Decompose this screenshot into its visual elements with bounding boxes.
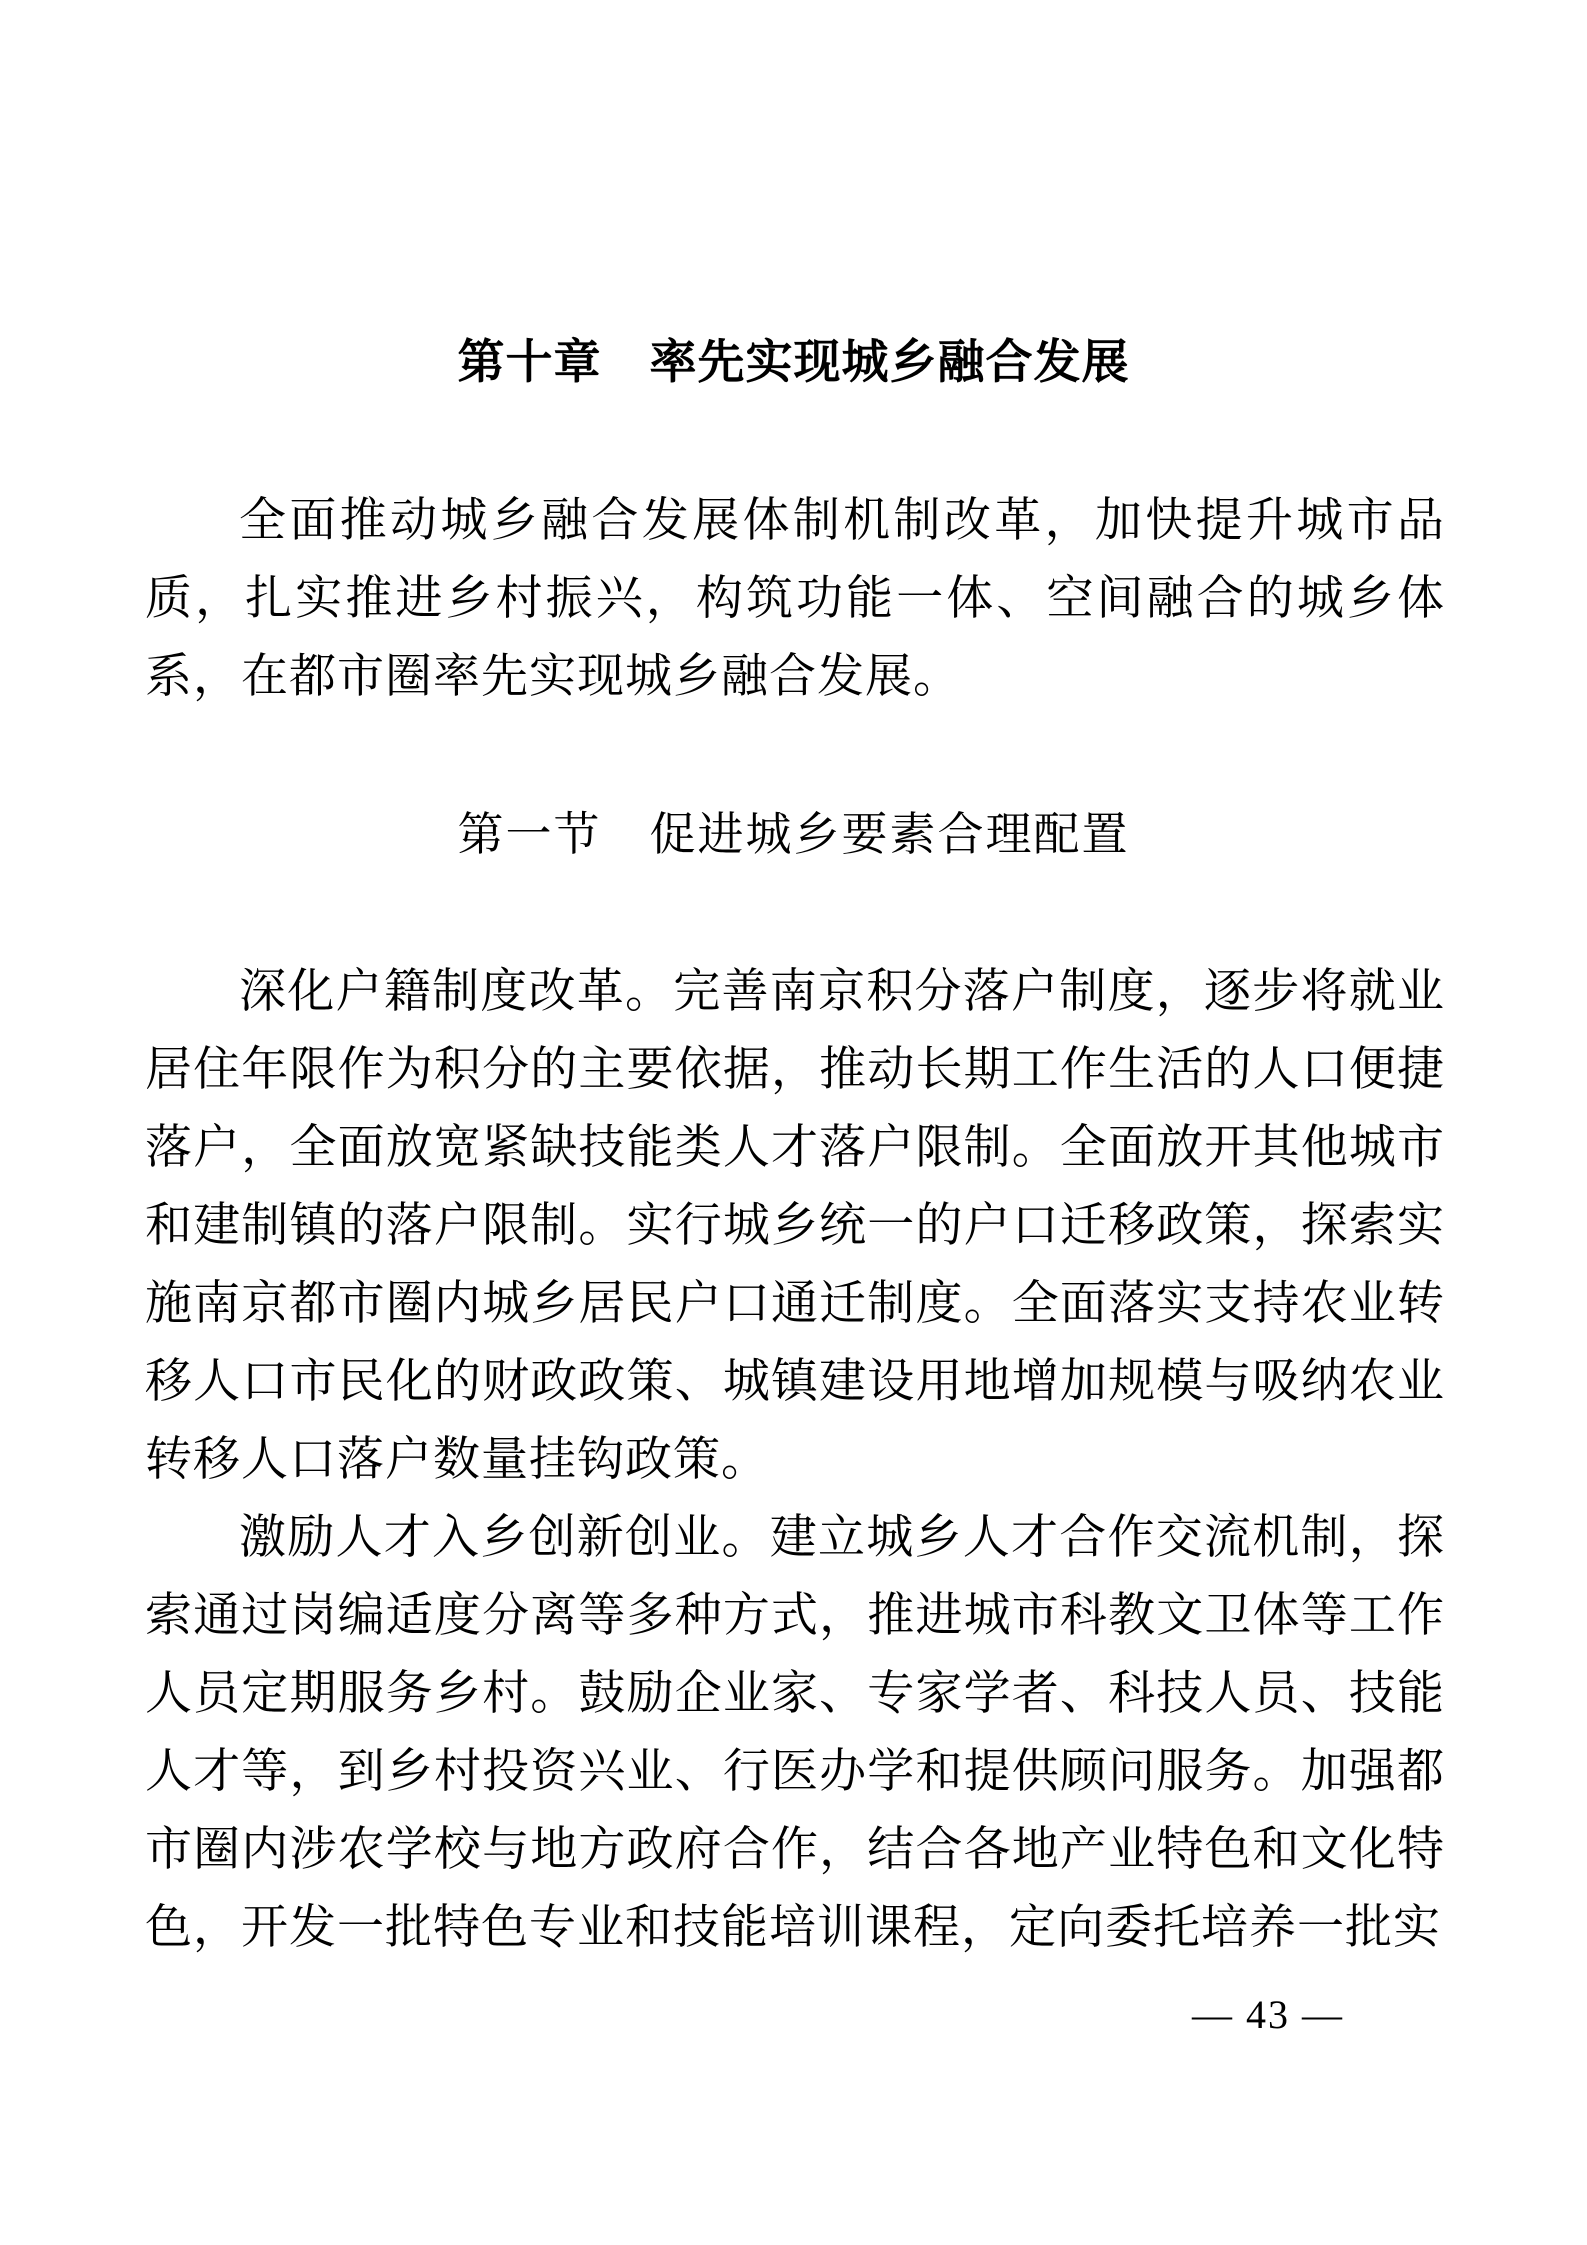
chapter-title: 第十章 率先实现城乡融合发展: [0, 322, 1587, 402]
body-paragraph: 激励人才入乡创新创业。建立城乡人才合作交流机制，探索通过岗编适度分离等多种方式，…: [145, 1499, 1445, 1967]
page-number: — 43 —: [1192, 1988, 1344, 2042]
section-title: 第一节 促进城乡要素合理配置: [0, 796, 1587, 874]
document-page: 第十章 率先实现城乡融合发展 全面推动城乡融合发展体制机制改革，加快提升城市品质…: [0, 0, 1587, 2245]
intro-paragraph-block: 全面推动城乡融合发展体制机制改革，加快提升城市品质，扎实推进乡村振兴，构筑功能一…: [145, 482, 1445, 716]
section-body-block: 深化户籍制度改革。完善南京积分落户制度，逐步将就业居住年限作为积分的主要依据，推…: [145, 953, 1445, 1967]
body-paragraph: 深化户籍制度改革。完善南京积分落户制度，逐步将就业居住年限作为积分的主要依据，推…: [145, 953, 1445, 1499]
intro-paragraph: 全面推动城乡融合发展体制机制改革，加快提升城市品质，扎实推进乡村振兴，构筑功能一…: [145, 482, 1445, 716]
